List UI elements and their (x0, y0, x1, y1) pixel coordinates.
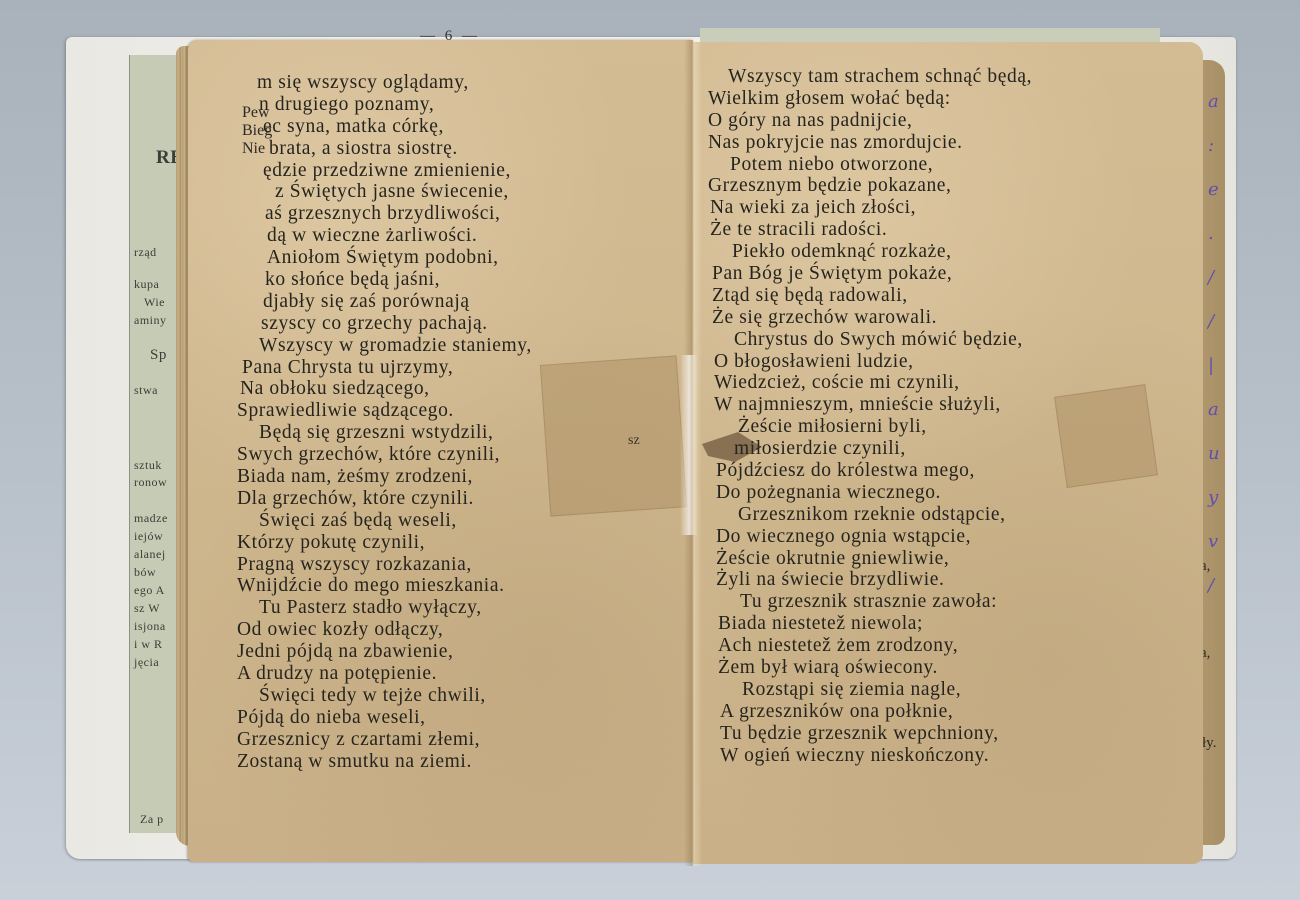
verse-line: Że te stracili radości. (708, 219, 1032, 241)
verse-line: Tu grzesznik strasznie zawoła: (708, 591, 1032, 613)
verse-line: Wielkim głosem wołać będą: (708, 88, 1032, 110)
verse-line: Pragną wszyscy rozkazania, (237, 554, 532, 576)
newsprint-fragment: Sp (150, 347, 167, 364)
verse-line: Jedni pójdą na zbawienie, (237, 641, 532, 663)
verse-line: m się wszyscy oglądamy, (237, 72, 532, 94)
right-page-verse: Wszyscy tam strachem schnąć będą, Wielki… (708, 66, 1032, 767)
verse-line: Tu Pasterz stadło wyłączy, (237, 597, 532, 619)
verse-line: Tu będzie grzesznik wepchniony, (708, 723, 1032, 745)
newsprint-fragment: madze (134, 511, 168, 526)
verse-line: Pan Bóg je Świętym pokaże, (708, 263, 1032, 285)
verse-line: Grzesznicy z czartami złemi, (237, 729, 532, 751)
newsprint-fragment: aminy (134, 313, 167, 328)
newsprint-fragment: i w R (134, 637, 163, 652)
verse-line: ędzie przedziwne zmienienie, (237, 160, 532, 182)
handwritten-annotation: a:e.//|auyv/ (1208, 80, 1234, 660)
verse-line: Grzesznikom rzeknie odstąpcie, (708, 504, 1032, 526)
verse-line: Do wiecznego ognia wstąpcie, (708, 526, 1032, 548)
verse-line: A drudzy na potępienie. (237, 663, 532, 685)
verse-line: Na wieki za jeich złości, (708, 197, 1032, 219)
verse-line: Wiedzcież, coście mi czynili, (708, 372, 1032, 394)
verse-line: Rozstąpi się ziemia nagle, (708, 679, 1032, 701)
verse-line: brata, a siostra siostrę. (237, 138, 532, 160)
verse-line: W ogień wieczny nieskończony. (708, 745, 1032, 767)
verse-line: Chrystus do Swych mówić będzie, (708, 329, 1032, 351)
verse-line: Piekło odemknąć rozkaże, (708, 241, 1032, 263)
verse-line: Do pożegnania wiecznego. (708, 482, 1032, 504)
edge-fragment: ły. (1202, 735, 1216, 752)
verse-line: n drugiego poznamy, (237, 94, 532, 116)
newsprint-fragment: Za p (140, 812, 164, 827)
verse-line: O błogosławieni ludzie, (708, 351, 1032, 373)
tape-fragment-text: sz (628, 433, 640, 449)
verse-line: Od owiec kozły odłączy, (237, 619, 532, 641)
verse-line: aś grzesznych brzydliwości, (237, 203, 532, 225)
tape-patch (540, 355, 687, 516)
newsprint-fragment: ego A (134, 583, 165, 598)
verse-line: Żyli na świecie brzydliwie. (708, 569, 1032, 591)
left-page-verse: m się wszyscy oglądamy, n drugiego pozna… (237, 72, 532, 773)
verse-line: Żem był wiarą oświecony. (708, 657, 1032, 679)
verse-line: Biada niestetež niewola; (708, 613, 1032, 635)
verse-line: Na obłoku siedzącego, (237, 378, 532, 400)
verse-line: Pójdźciesz do królestwa mego, (708, 460, 1032, 482)
verse-line: ec syna, matka córkę, (237, 116, 532, 138)
newsprint-fragment: rząd (134, 245, 157, 260)
newsprint-fragment: sz W (134, 601, 160, 616)
verse-line: Pójdą do nieba weseli, (237, 707, 532, 729)
verse-line: Święci zaś będą weseli, (237, 510, 532, 532)
newsprint-fragment: alanej (134, 547, 166, 562)
verse-line: Dla grzechów, które czynili. (237, 488, 532, 510)
verse-line: Potem niebo otworzone, (708, 154, 1032, 176)
verse-line: Zostaną w smutku na ziemi. (237, 751, 532, 773)
verse-line: O góry na nas padnijcie, (708, 110, 1032, 132)
verse-line: Wszyscy w gromadzie staniemy, (237, 335, 532, 357)
verse-line: Biada nam, żeśmy zrodzeni, (237, 466, 532, 488)
scanned-booklet-scene: RE rząd kupa Wie aminy Sp stwa sztuk ron… (0, 0, 1300, 900)
verse-line: dą w wieczne żarliwości. (237, 225, 532, 247)
newsprint-fragment: ronow (134, 475, 167, 490)
verse-line: Grzesznym będzie pokazane, (708, 175, 1032, 197)
verse-line: Ach niestetež żem zrodzony, (708, 635, 1032, 657)
tape-shine (680, 355, 698, 535)
verse-line: Będą się grzeszni wstydzili, (237, 422, 532, 444)
verse-line: Wnijdźcie do mego mieszkania. (237, 575, 532, 597)
verse-line: Pana Chrysta tu ujrzymy, (237, 357, 532, 379)
newsprint-fragment: sztuk (134, 458, 162, 473)
verse-line: Sprawiedliwie sądzącego. (237, 400, 532, 422)
verse-line: Swych grzechów, które czynili, (237, 444, 532, 466)
verse-line: ko słońce będą jaśni, (237, 269, 532, 291)
newsprint-fragment: jęcia (134, 655, 159, 670)
verse-line: Że się grzechów warowali. (708, 307, 1032, 329)
page-number-left: — 6 — (420, 28, 480, 45)
verse-line: Święci tedy w tejże chwili, (237, 685, 532, 707)
newsprint-fragment: stwa (134, 383, 158, 398)
newsprint-fragment: bów (134, 565, 156, 580)
verse-line: W najmnieszym, mnieście służyli, (708, 394, 1032, 416)
tape-patch (1054, 384, 1158, 488)
verse-line: miłosierdzie czynili, (708, 438, 1032, 460)
newsprint-fragment: isjona (134, 619, 166, 634)
verse-line: Którzy pokutę czynili, (237, 532, 532, 554)
verse-line: Nas pokryjcie nas zmordujcie. (708, 132, 1032, 154)
verse-line: Żeście miłosierni byli, (708, 416, 1032, 438)
verse-line: djabły się zaś porównają (237, 291, 532, 313)
verse-line: Wszyscy tam strachem schnąć będą, (708, 66, 1032, 88)
newsprint-fragment: iejów (134, 529, 163, 544)
verse-line: Aniołom Świętym podobni, (237, 247, 532, 269)
newsprint-fragment: Wie (144, 295, 165, 310)
newsprint-fragment: kupa (134, 277, 159, 292)
verse-line: z Świętych jasne świecenie, (237, 181, 532, 203)
verse-line: szyscy co grzechy pachają. (237, 313, 532, 335)
verse-line: A grzeszników ona połknie, (708, 701, 1032, 723)
verse-line: Żeście okrutnie gniewliwie, (708, 548, 1032, 570)
verse-line: Ztąd się będą radowali, (708, 285, 1032, 307)
